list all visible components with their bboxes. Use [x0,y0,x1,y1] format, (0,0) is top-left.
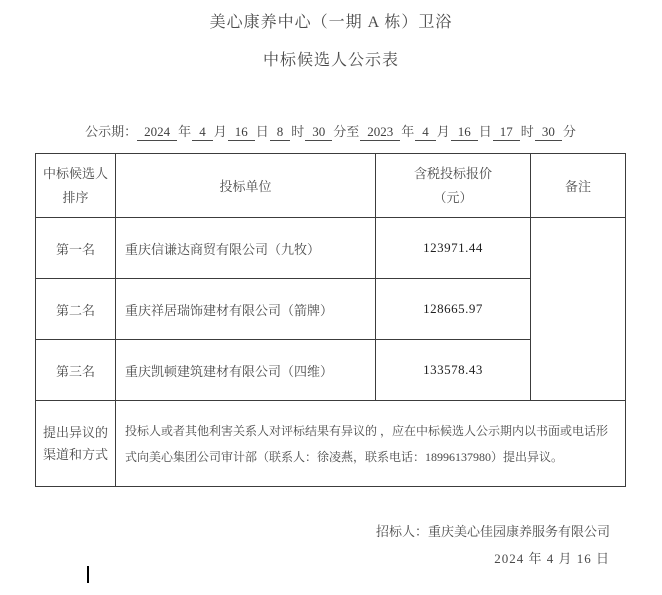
remark-merged-cell [531,218,626,401]
objection-label: 提出异议的 渠道和方式 [36,401,116,487]
price-cell: 123971.44 [376,218,531,279]
header-bidder: 投标单位 [116,154,376,218]
period-end-hour: 17 [493,123,520,141]
objection-row: 提出异议的 渠道和方式 投标人或者其他利害关系人对评标结果有异议的 ，应在中标候… [36,401,626,487]
price-cell: 133578.43 [376,340,531,401]
bid-candidates-table: 中标候选人 排序 投标单位 含税投标报价 （元） 备注 第一名 重庆信谦达商贸有… [35,153,626,487]
period-start-year: 2024 [137,123,177,141]
period-end-day: 16 [451,123,478,141]
period-start-minute: 30 [305,123,332,141]
table-header-row: 中标候选人 排序 投标单位 含税投标报价 （元） 备注 [36,154,626,218]
period-separator: 分至 [332,123,360,140]
publicity-period: 公示期：2024年4月16日8时30分至2023年4月16日17时30分 [0,123,662,141]
period-start-month: 4 [192,123,213,141]
company-cell: 重庆凯顿建筑建材有限公司（四维） [116,340,376,401]
period-label: 公示期： [85,123,137,140]
header-remark: 备注 [531,154,626,218]
company-cell: 重庆祥居瑞饰建材有限公司（箭牌） [116,279,376,340]
rank-cell: 第一名 [36,218,116,279]
document-page: 美心康养中心（一期 A 栋）卫浴 中标候选人公示表 公示期：2024年4月16日… [0,0,662,595]
table-row: 第一名 重庆信谦达商贸有限公司（九牧） 123971.44 [36,218,626,279]
text-cursor [87,566,89,583]
period-end-minute: 30 [535,123,562,141]
rank-cell: 第三名 [36,340,116,401]
rank-cell: 第二名 [36,279,116,340]
objection-text: 投标人或者其他利害关系人对评标结果有异议的 ，应在中标候选人公示期内以书面或电话… [116,401,626,487]
period-end-year: 2023 [360,123,400,141]
date-line: 2024 年 4 月 16 日 [0,550,662,567]
page-subtitle: 中标候选人公示表 [0,51,662,71]
period-start-hour: 8 [270,123,291,141]
page-title: 美心康养中心（一期 A 栋）卫浴 [0,0,662,33]
price-cell: 128665.97 [376,279,531,340]
period-start-day: 16 [228,123,255,141]
tenderer-line: 招标人：重庆美心佳园康养服务有限公司 [0,523,662,540]
company-cell: 重庆信谦达商贸有限公司（九牧） [116,218,376,279]
period-end-month: 4 [415,123,436,141]
header-price: 含税投标报价 （元） [376,154,531,218]
header-rank: 中标候选人 排序 [36,154,116,218]
